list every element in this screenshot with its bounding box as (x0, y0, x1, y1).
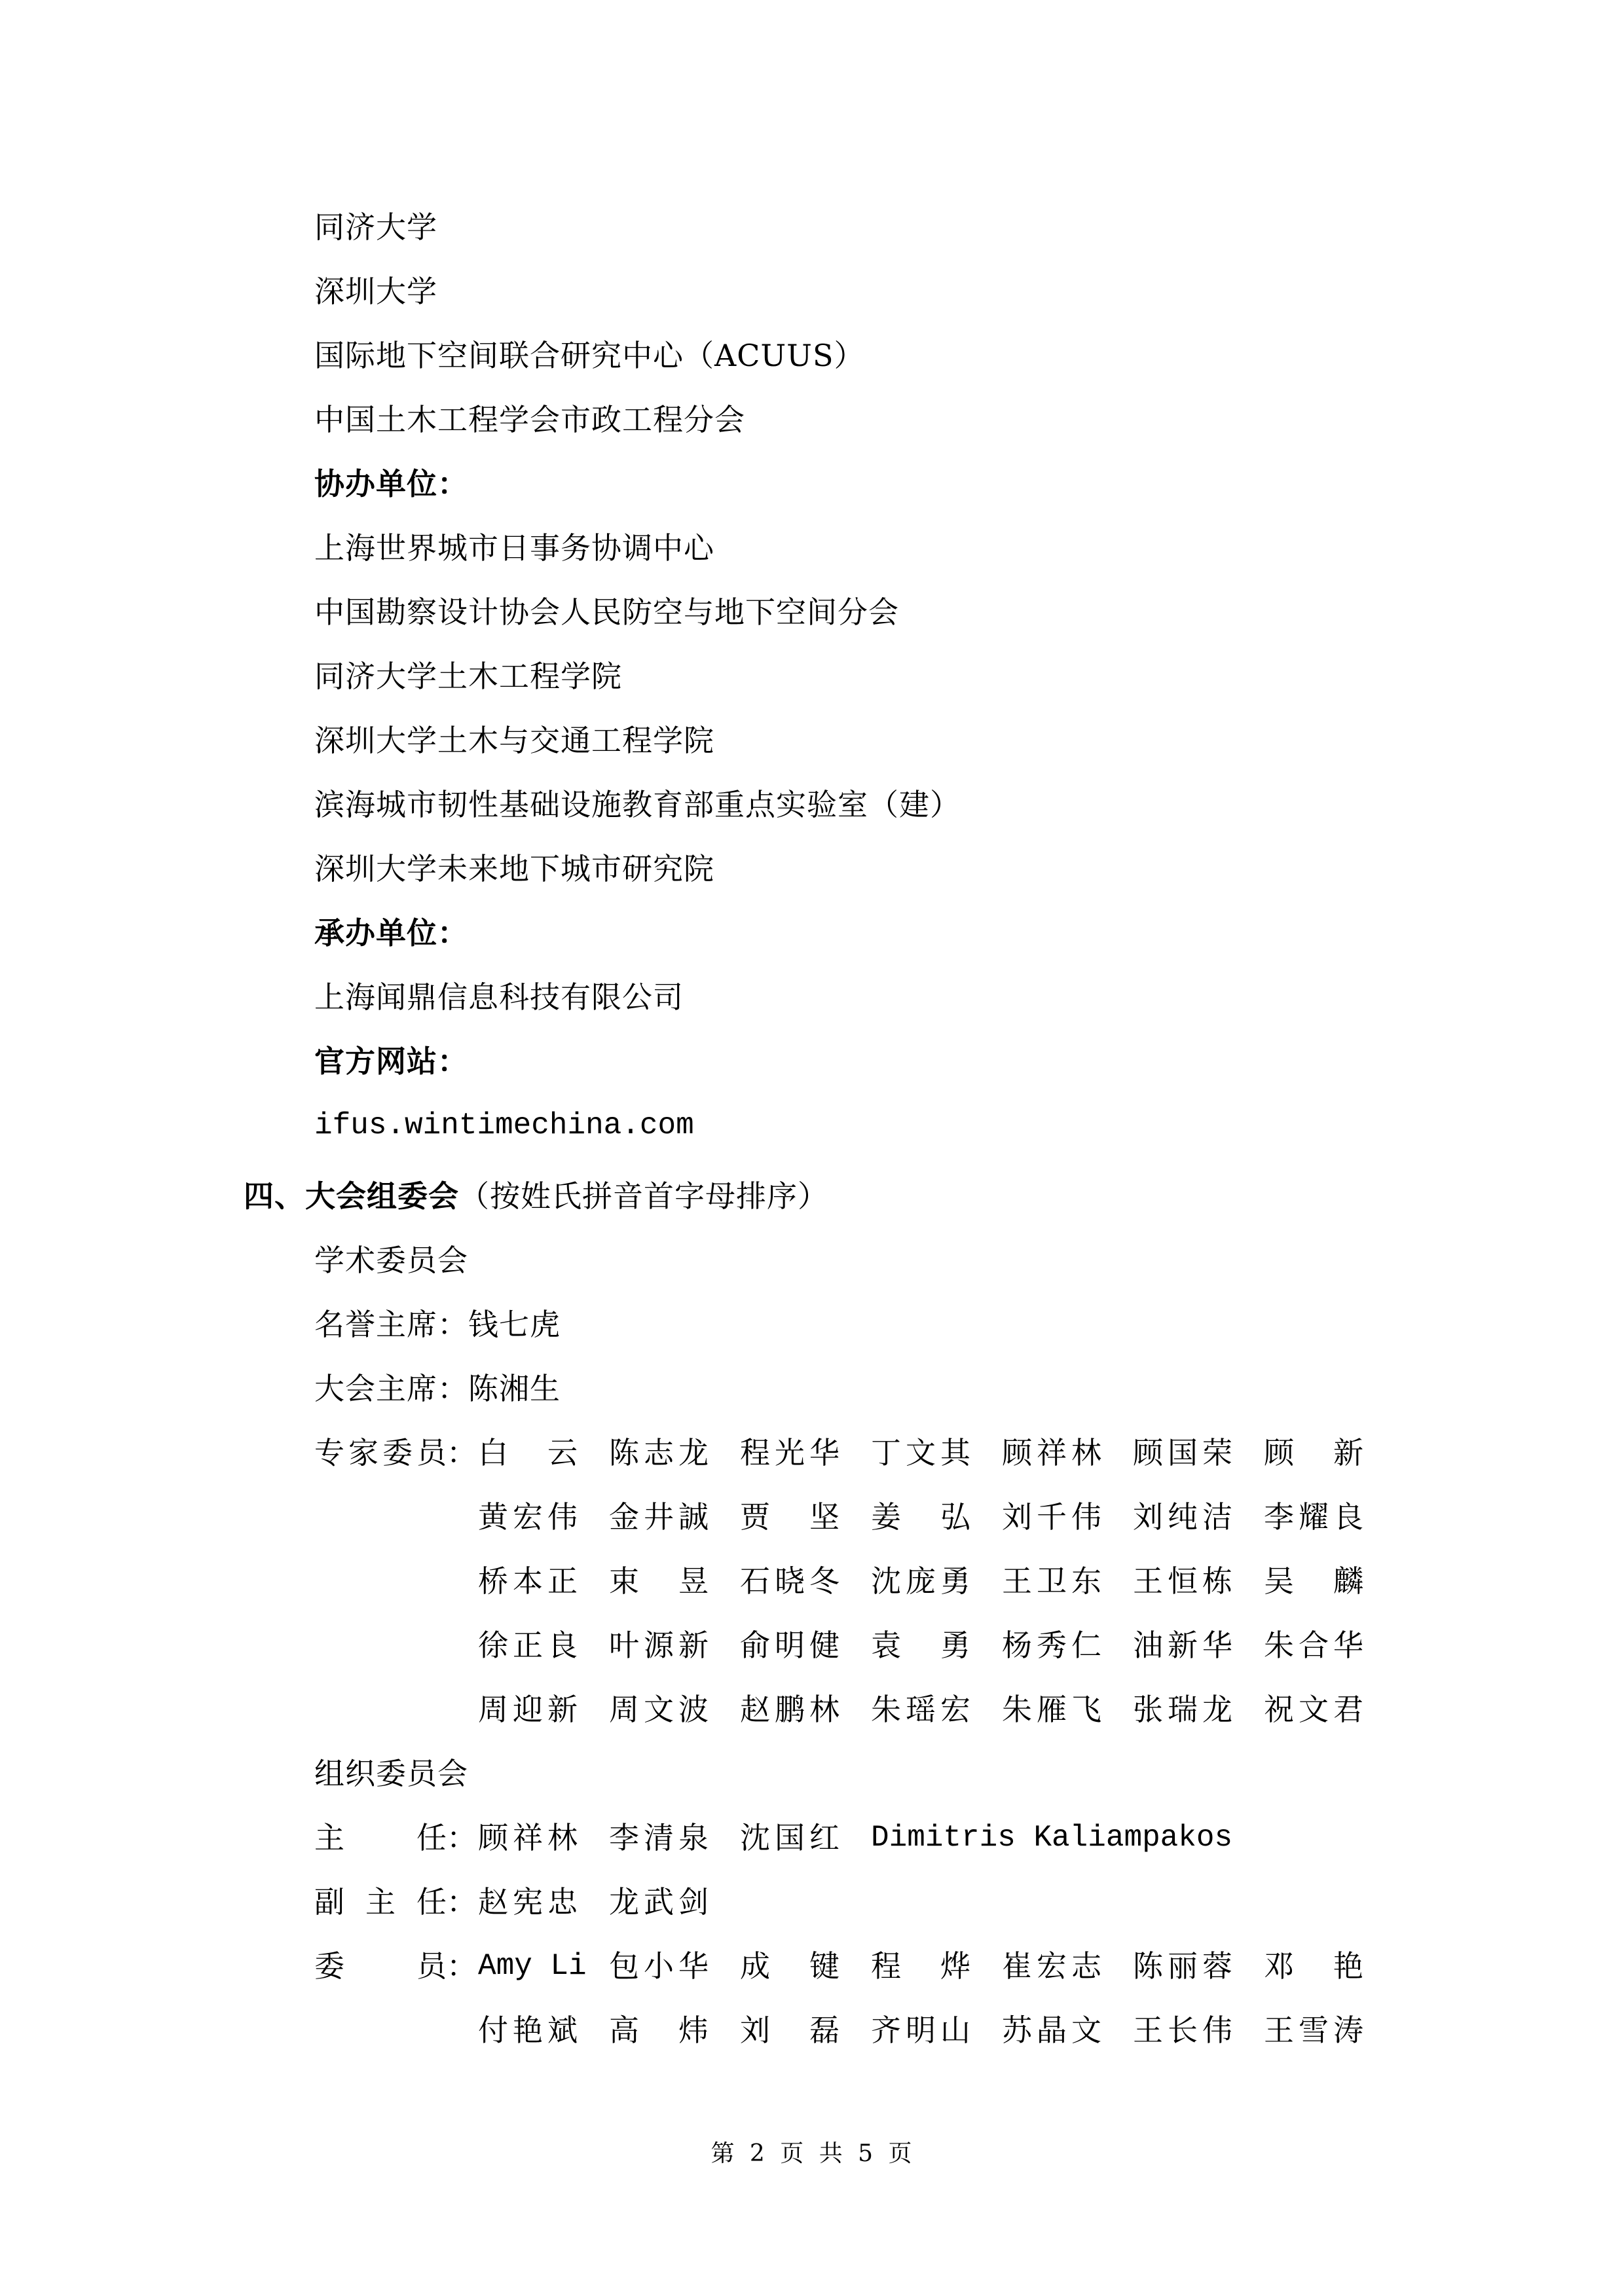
honorary-chair-name: 钱七虎 (468, 1307, 561, 1342)
person-name: 吴麟 (1264, 1549, 1363, 1613)
co-organizer-item: 滨海城市韧性基础设施教育部重点实验室（建） (314, 773, 961, 837)
person-name: 成键 (740, 1934, 840, 1998)
person-name: 顾新 (1264, 1421, 1363, 1485)
person-name: 张瑞龙 (1133, 1677, 1232, 1741)
deputy-directors-row-label: 副主任： (314, 1870, 477, 1934)
conference-chair-label: 大会主席： (314, 1371, 468, 1406)
conference-chair-row: 大会主席：陈湘生 (314, 1357, 561, 1421)
person-name: 刘千伟 (1002, 1485, 1101, 1549)
person-name: 包小华 (609, 1934, 709, 1998)
person-name: 石晓冬 (740, 1549, 840, 1613)
person-name: 徐正良 (478, 1613, 578, 1677)
person-name: 崔宏志 (1002, 1934, 1101, 1998)
person-name: 周文波 (609, 1677, 709, 1741)
person-name: 沈庞勇 (871, 1549, 970, 1613)
person-name: 叶源新 (609, 1613, 709, 1677)
document-page: 同济大学 深圳大学 国际地下空间联合研究中心（ACUUS） 中国土木工程学会市政… (0, 0, 1624, 2296)
person-name: 朱瑶宏 (871, 1677, 970, 1741)
person-name: 贾坚 (740, 1485, 840, 1549)
academic-committee-title: 学术委员会 (314, 1228, 468, 1292)
person-name: 陈志龙 (609, 1421, 709, 1485)
person-name: 金井誠 (609, 1485, 709, 1549)
person-name: 付艳斌 (478, 1998, 578, 2062)
organizer-item: 中国土木工程学会市政工程分会 (314, 388, 745, 452)
person-name: 桥本正 (478, 1549, 578, 1613)
person-name: 沈国红 (740, 1806, 840, 1870)
person-name: 周迎新 (478, 1677, 578, 1741)
co-organizers-label: 协办单位： (314, 452, 468, 516)
person-name: 朱雁飞 (1002, 1677, 1101, 1741)
section-heading: 四、大会组委会（按姓氏拼音首字母排序） (244, 1164, 828, 1228)
person-name: 祝文君 (1264, 1677, 1363, 1741)
person-name: Dimitris Kaliampakos (871, 1806, 1232, 1870)
person-name: 白云 (478, 1421, 578, 1485)
person-name: 王恒栋 (1133, 1549, 1232, 1613)
person-name: 朱合华 (1264, 1613, 1363, 1677)
person-name: 黄宏伟 (478, 1485, 578, 1549)
person-name: Amy Li (478, 1934, 587, 1998)
co-organizer-item: 中国勘察设计协会人民防空与地下空间分会 (314, 580, 899, 644)
section-number: 四、 (244, 1178, 305, 1214)
organizer-item: 同济大学 (314, 195, 437, 259)
person-name: 俞明健 (740, 1613, 840, 1677)
person-name: 袁勇 (871, 1613, 970, 1677)
co-organizer-item: 同济大学土木工程学院 (314, 644, 622, 708)
person-name: 赵宪忠 (478, 1870, 578, 1934)
co-organizer-item: 上海世界城市日事务协调中心 (314, 516, 714, 580)
organizer-item: 国际地下空间联合研究中心（ACUUS） (314, 323, 864, 388)
website-link[interactable]: ifus.wintimechina.com (314, 1093, 694, 1157)
person-name: 杨秀仁 (1002, 1613, 1101, 1677)
person-name: 齐明山 (871, 1998, 970, 2062)
organizer-item: 深圳大学 (314, 259, 437, 323)
members-row-label: 委员： (314, 1934, 477, 1998)
section-title: 大会组委会 (305, 1178, 459, 1214)
person-name: 顾祥林 (478, 1806, 578, 1870)
person-name: 王卫东 (1002, 1549, 1101, 1613)
person-name: 李耀良 (1264, 1485, 1363, 1549)
person-name: 赵鹏林 (740, 1677, 840, 1741)
person-name: 王雪涛 (1264, 1998, 1363, 2062)
co-organizer-item: 深圳大学土木与交通工程学院 (314, 708, 714, 773)
person-name: 王长伟 (1133, 1998, 1232, 2062)
person-name: 刘磊 (740, 1998, 840, 2062)
directors-row-label: 主任： (314, 1806, 477, 1870)
person-name: 丁文其 (871, 1421, 970, 1485)
person-name: 龙武剑 (609, 1870, 709, 1934)
person-name: 束昱 (609, 1549, 709, 1613)
host-item: 上海闻鼎信息科技有限公司 (314, 965, 684, 1029)
person-name: 顾国荣 (1133, 1421, 1232, 1485)
person-name: 程烨 (871, 1934, 970, 1998)
co-organizer-item: 深圳大学未来地下城市研究院 (314, 837, 714, 901)
person-name: 程光华 (740, 1421, 840, 1485)
page-footer: 第 2 页 共 5 页 (0, 2115, 1624, 2193)
person-name: 邓艳 (1264, 1934, 1363, 1998)
honorary-chair-label: 名誉主席： (314, 1307, 468, 1342)
host-label: 承办单位： (314, 901, 468, 965)
section-note: （按姓氏拼音首字母排序） (459, 1178, 828, 1214)
person-name: 姜弘 (871, 1485, 970, 1549)
experts-row-label: 专家委员： (314, 1421, 477, 1485)
person-name: 油新华 (1133, 1613, 1232, 1677)
honorary-chair-row: 名誉主席：钱七虎 (314, 1292, 561, 1357)
conference-chair-name: 陈湘生 (468, 1371, 561, 1406)
person-name: 顾祥林 (1002, 1421, 1101, 1485)
organizing-committee-title: 组织委员会 (314, 1741, 468, 1806)
website-label: 官方网站： (314, 1029, 468, 1093)
person-name: 刘纯洁 (1133, 1485, 1232, 1549)
person-name: 高炜 (609, 1998, 709, 2062)
person-name: 陈丽蓉 (1133, 1934, 1232, 1998)
person-name: 苏晶文 (1002, 1998, 1101, 2062)
person-name: 李清泉 (609, 1806, 709, 1870)
